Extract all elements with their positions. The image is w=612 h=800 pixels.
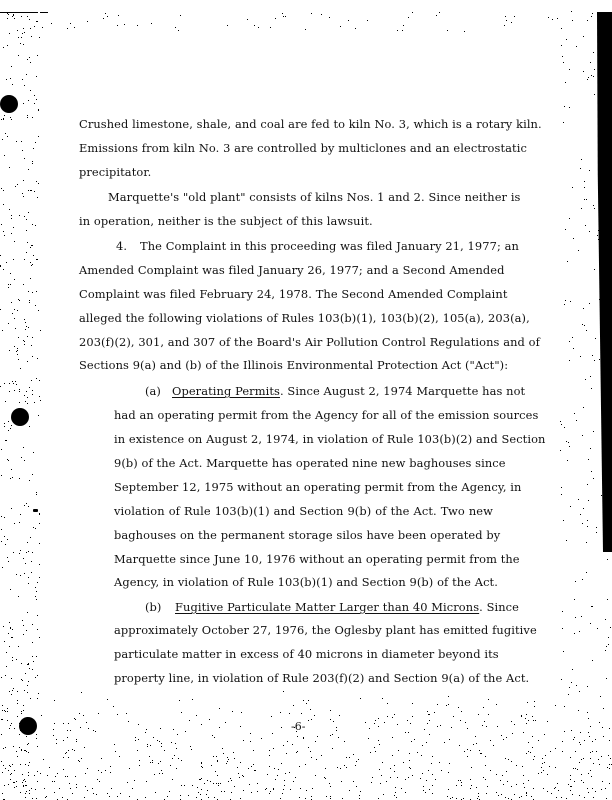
page-number: -6- [291,720,305,734]
text-line: in operation, neither is the subject of … [79,214,373,228]
binder-hole-middle [11,408,29,426]
text-line: Marquette since June 10, 1976 without an… [114,552,493,566]
scan-edge-shadow [597,12,612,552]
binder-hole-bottom [19,717,37,735]
text-line: baghouses on the permanent storage silos… [114,528,493,542]
item-heading-line: Fugitive Particulate Matter Larger than … [175,600,493,614]
item-heading: Operating Permits [172,384,280,398]
margin-mark [33,509,38,512]
text-fragment: . Since August 2, 1974 Marquette has not [280,384,525,398]
text-line: precipitator. [79,165,151,179]
text-line: Sections 9(a) and (b) of the Illinois En… [79,358,508,372]
text-line: 203(f)(2), 301, and 307 of the Board's A… [79,335,493,349]
text-line: approximately October 27, 1976, the Ogle… [114,623,493,637]
text-line: property line, in violation of Rule 203(… [114,671,493,685]
text-line: The Complaint in this proceeding was fil… [140,239,493,253]
text-line: alleged the following violations of Rule… [79,311,493,325]
scanned-document-page: Crushed limestone, shale, and coal are f… [0,0,612,800]
text-line: Marquette's "old plant" consists of kiln… [108,190,493,204]
text-line: in existence on August 2, 1974, in viola… [114,432,493,446]
text-fragment: . Since [479,600,519,614]
top-edge-dash [40,12,48,13]
text-line: Amended Complaint was filed January 26, … [79,263,493,277]
top-edge-rule [0,12,38,13]
item-label: (a) [145,384,161,398]
binder-hole-top [0,95,18,113]
text-line: had an operating permit from the Agency … [114,408,493,422]
text-line: 9(b) of the Act. Marquette has operated … [114,456,493,470]
text-line: violation of Rule 103(b)(1) and Section … [114,504,493,518]
item-number: 4. [116,239,127,253]
item-heading-line: Operating Permits. Since August 2, 1974 … [172,384,493,398]
text-line: Agency, in violation of Rule 103(b)(1) a… [114,575,498,589]
text-line: Complaint was filed February 24, 1978. T… [79,287,493,301]
text-line: September 12, 1975 without an operating … [114,480,493,494]
text-line: particulate matter in excess of 40 micro… [114,647,493,661]
item-heading: Fugitive Particulate Matter Larger than … [175,600,479,614]
item-label: (b) [145,600,161,614]
text-line: Crushed limestone, shale, and coal are f… [79,117,493,131]
text-line: Emissions from kiln No. 3 are controlled… [79,141,493,155]
